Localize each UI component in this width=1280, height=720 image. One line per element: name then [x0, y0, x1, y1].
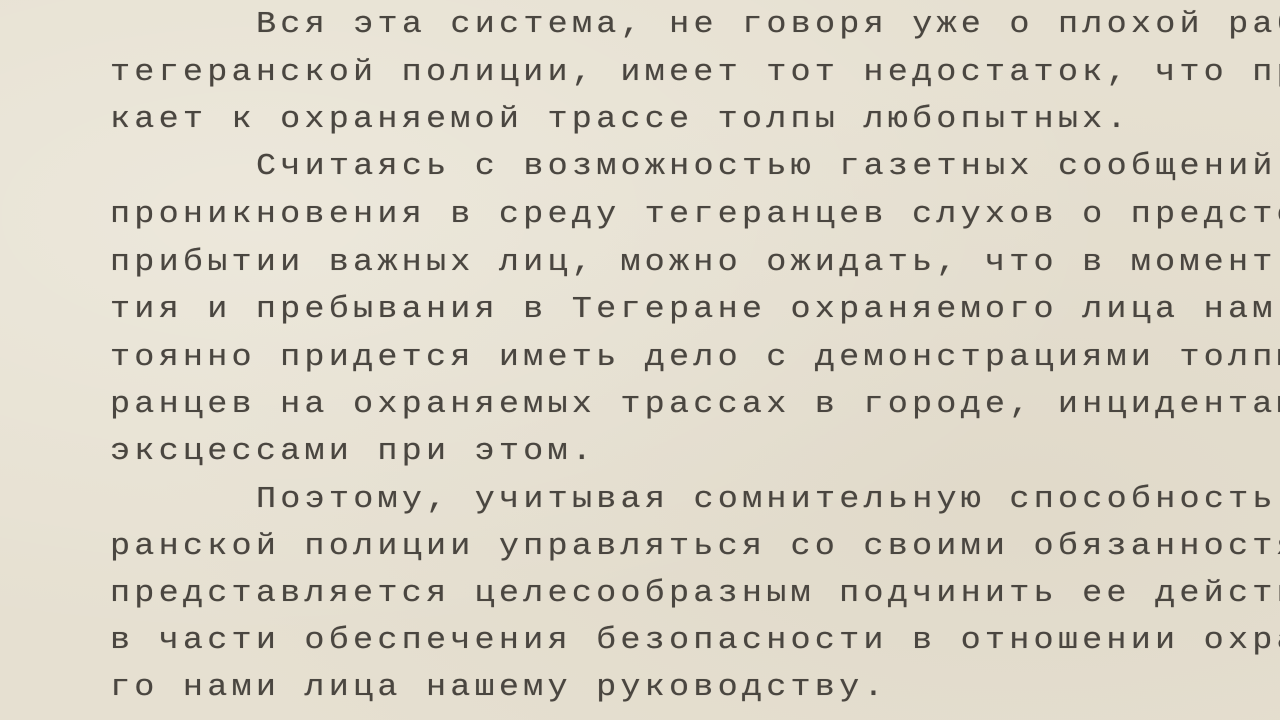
- paragraph-2-line-7: эксцессами при этом.: [110, 433, 596, 470]
- paragraph-2-line-1: Считаясь с возможностью газетных сообщен…: [256, 148, 1280, 185]
- paragraph-3-line-5: го нами лица нашему руководству.: [110, 669, 888, 706]
- paragraph-1-line-1: Вся эта система, не говоря уже о плохой …: [256, 6, 1280, 43]
- paragraph-2-line-4: тия и пребывания в Тегеране охраняемого …: [110, 291, 1280, 328]
- paragraph-3-line-2: ранской полиции управляться со своими об…: [110, 528, 1280, 565]
- paragraph-2-line-6: ранцев на охраняемых трассах в городе, и…: [110, 386, 1280, 423]
- paragraph-2-line-3: прибытии важных лиц, можно ожидать, что …: [110, 244, 1280, 281]
- paragraph-3-line-4: в части обеспечения безопасности в отнош…: [110, 622, 1280, 659]
- paragraph-3-line-1: Поэтому, учитывая сомнительную способнос…: [256, 481, 1280, 518]
- paragraph-3-line-3: представляется целесообразным подчинить …: [110, 575, 1280, 612]
- paragraph-1-line-3: кает к охраняемой трассе толпы любопытны…: [110, 101, 1131, 138]
- document-page: Вся эта система, не говоря уже о плохой …: [0, 0, 1280, 720]
- paragraph-2-line-2: проникновения в среду тегеранцев слухов …: [110, 196, 1280, 233]
- paragraph-1-line-2: тегеранской полиции, имеет тот недостато…: [110, 54, 1280, 91]
- paragraph-2-line-5: тоянно придется иметь дело с демонстраци…: [110, 339, 1280, 376]
